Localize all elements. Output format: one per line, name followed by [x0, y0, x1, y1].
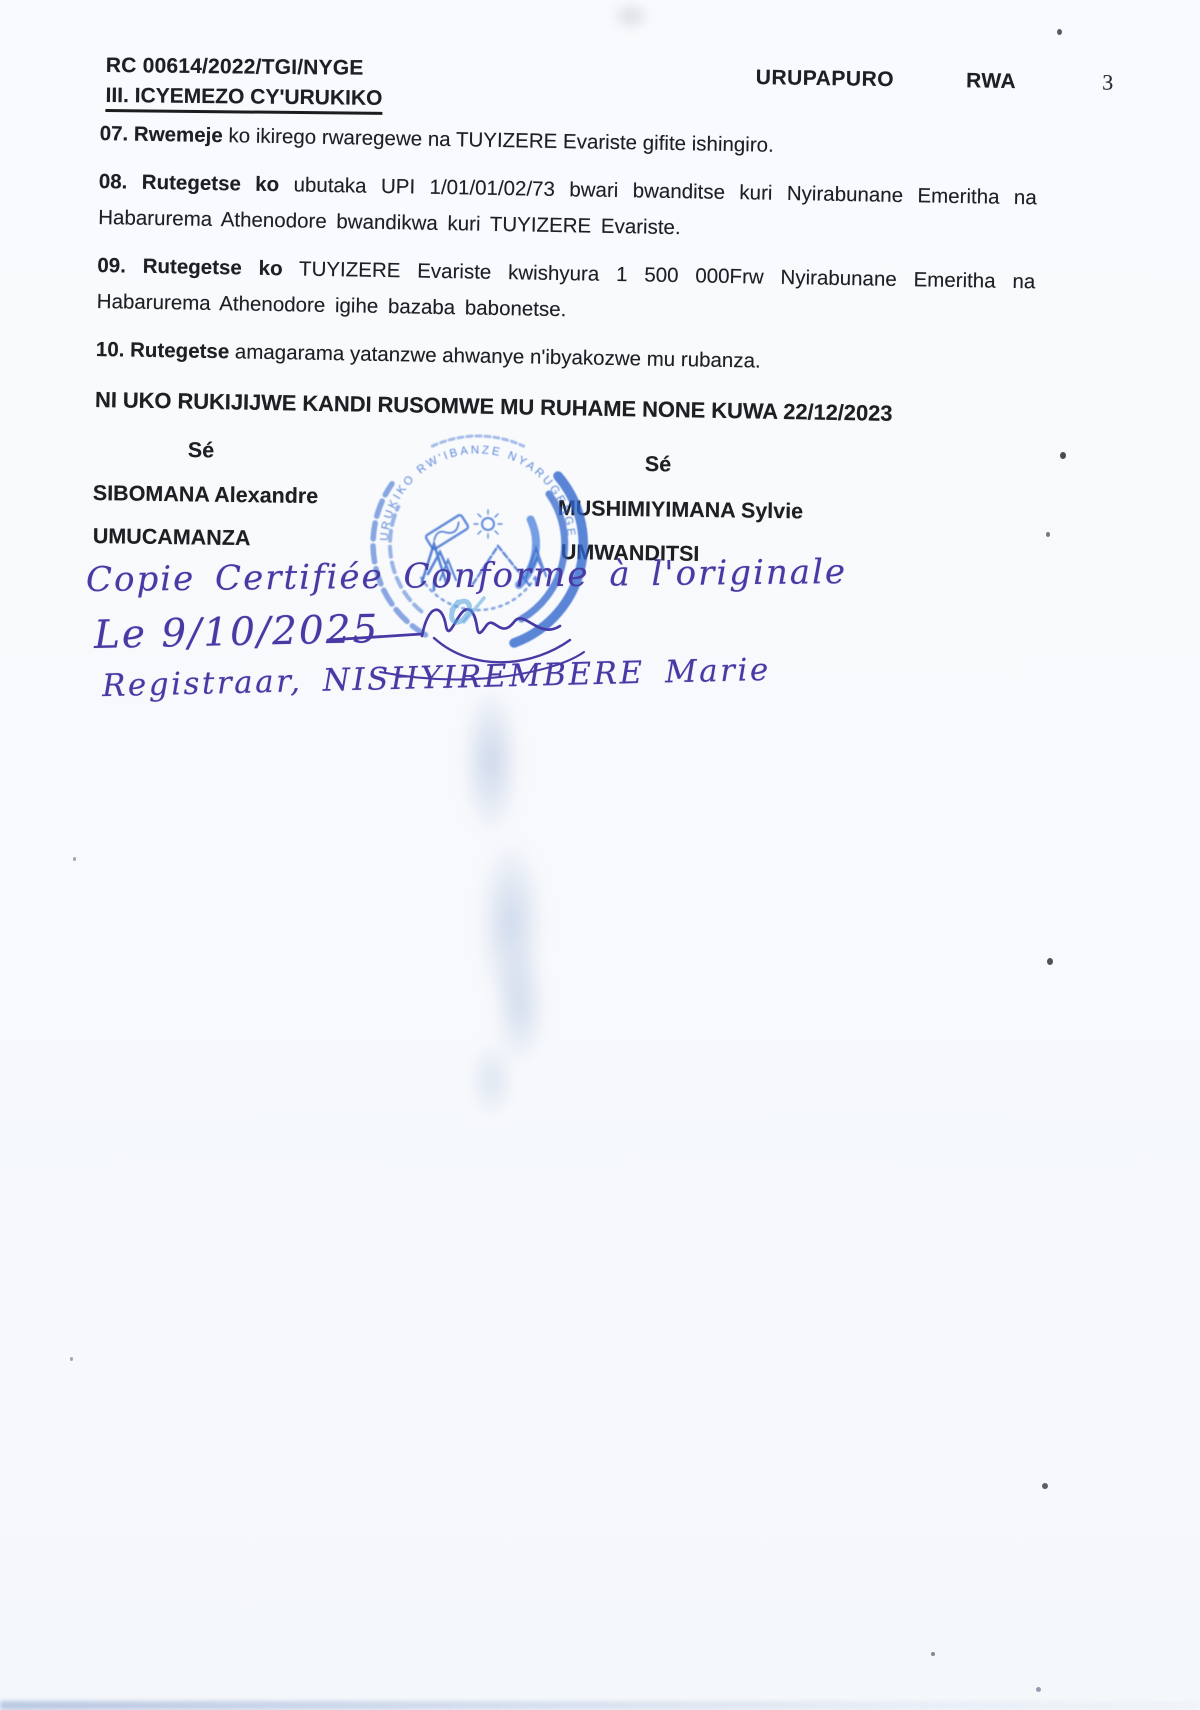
- ruling-10: 10. Rutegetse amagarama yatanzwe ahwanye…: [96, 332, 1034, 384]
- registrar-signature: [322, 586, 594, 708]
- judge-title: UMUCAMANZA: [93, 524, 251, 551]
- ruling-number: 08.: [99, 170, 128, 193]
- scan-speck: [1036, 1687, 1041, 1692]
- signature-scrawl: [422, 609, 560, 636]
- scan-speck: [1042, 1483, 1048, 1489]
- section-title: III. ICYEMEZO CY'URUKIKO: [105, 84, 382, 115]
- scan-speck: [1057, 29, 1062, 35]
- ruling-09: 09. Rutegetse ko TUYIZERE Evariste kwish…: [96, 248, 1035, 336]
- signed-label-judge: Sé: [188, 438, 215, 463]
- ruling-number: 07.: [99, 122, 128, 145]
- signature-underline: [380, 652, 584, 679]
- ruling-number: 10.: [96, 338, 125, 361]
- ruling-lead: Rwemeje: [134, 123, 223, 148]
- ruling-text: amagarama yatanzwe ahwanye n'ibyakozwe m…: [235, 340, 761, 372]
- page-number: 3: [1102, 69, 1113, 95]
- scan-speck: [70, 1357, 73, 1361]
- ruling-number: 09.: [97, 254, 126, 277]
- ruling-07: 07. Rwemeje ko ikirego rwaregewe na TUYI…: [99, 116, 1037, 168]
- signature-sweep: [434, 638, 570, 662]
- judge-name: SIBOMANA Alexandre: [93, 481, 319, 509]
- rulings-section: 07. Rwemeje ko ikirego rwaregewe na TUYI…: [95, 116, 1038, 434]
- header-left: RC 00614/2022/TGI/NYGE III. ICYEMEZO CY'…: [105, 54, 382, 115]
- ink-ghost-smudge: [470, 1040, 514, 1120]
- scan-speck: [73, 857, 76, 861]
- page-label: URUPAPURO: [756, 66, 895, 92]
- signature-dash: [328, 634, 422, 640]
- scan-speck: [931, 1652, 935, 1656]
- ruling-lead: Rutegetse ko: [142, 171, 280, 196]
- scan-bottom-edge: [0, 1701, 1200, 1710]
- gray-smudge-top: [614, 6, 648, 26]
- ink-ghost-smudge: [462, 686, 520, 836]
- scan-speck: [1046, 532, 1050, 537]
- ruling-lead: Rutegetse: [130, 339, 229, 364]
- signed-label-registrar: Sé: [645, 452, 672, 477]
- ruling-08: 08. Rutegetse ko ubutaka UPI 1/01/01/02/…: [98, 164, 1037, 252]
- scan-speck: [1060, 452, 1066, 459]
- stamp-ribbon-icon: [425, 514, 469, 550]
- stamp-sun-icon: [474, 510, 502, 538]
- ruling-lead: Rutegetse ko: [143, 255, 283, 280]
- case-number: RC 00614/2022/TGI/NYGE: [106, 54, 383, 81]
- page-of-word: RWA: [966, 69, 1016, 94]
- header-right: URUPAPURO RWA 3: [756, 64, 1114, 96]
- scanned-court-document-page: RC 00614/2022/TGI/NYGE III. ICYEMEZO CY'…: [0, 0, 1200, 1710]
- ruling-text: ko ikirego rwaregewe na TUYIZERE Evarist…: [228, 124, 774, 157]
- scan-speck: [1047, 958, 1053, 965]
